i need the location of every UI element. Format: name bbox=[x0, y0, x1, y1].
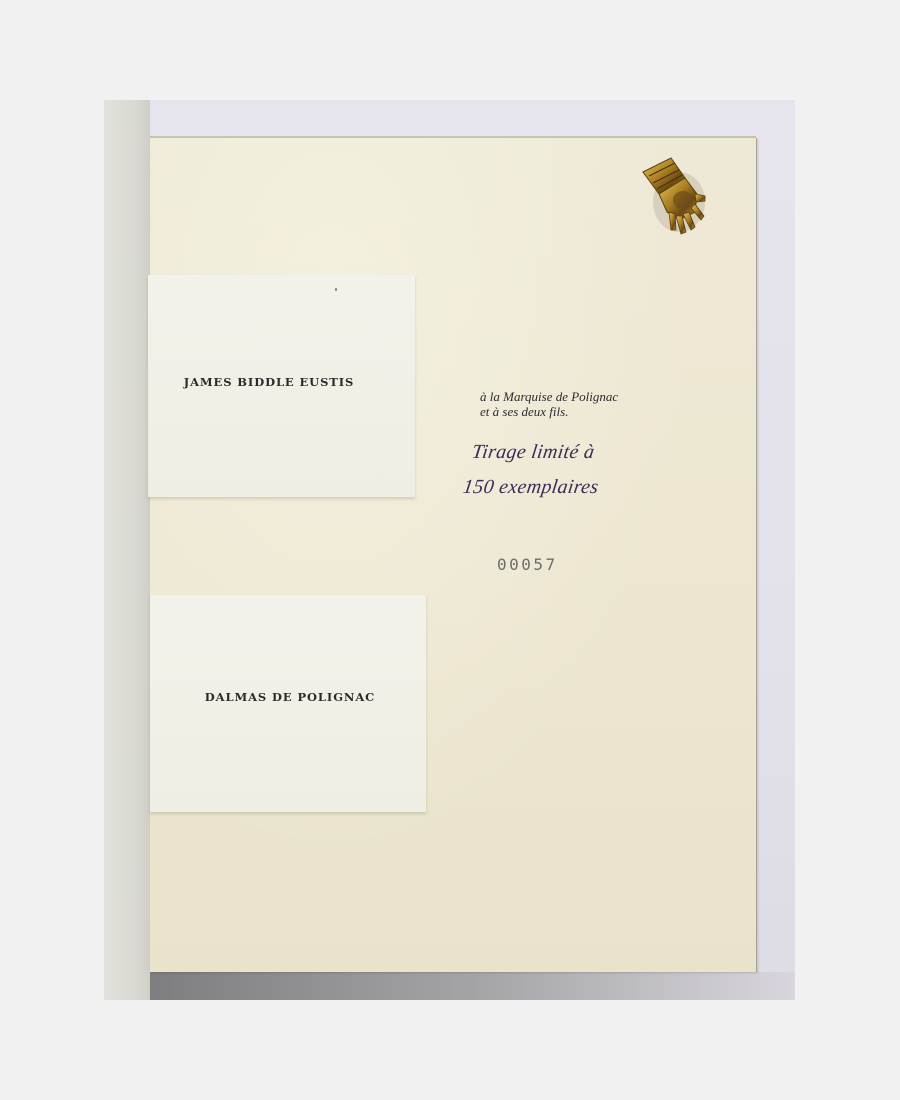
dedication-line-2: et à ses deux fils. bbox=[480, 404, 618, 419]
book-page bbox=[150, 138, 757, 972]
brass-hand-clip-icon bbox=[635, 150, 715, 240]
calling-card-eustis: JAMES BIDDLE EUSTIS bbox=[148, 275, 415, 497]
limited-edition-stamp-line-2: 150 exemplaires bbox=[461, 476, 600, 499]
dedication-line-1: à la Marquise de Polignac bbox=[480, 389, 618, 404]
card-name: DALMAS DE POLIGNAC bbox=[170, 690, 410, 704]
book-flyleaf-strip bbox=[104, 100, 150, 1000]
page-bottom-shadow bbox=[150, 972, 795, 1000]
calling-card-polignac: DALMAS DE POLIGNAC bbox=[150, 595, 426, 812]
card-name: JAMES BIDDLE EUSTIS bbox=[153, 375, 385, 389]
printed-dedication: à la Marquise de Polignac et à ses deux … bbox=[480, 389, 618, 419]
paper-speck bbox=[335, 288, 337, 291]
serial-number: 00057 bbox=[497, 555, 558, 574]
limited-edition-stamp-line-1: Tirage limité à bbox=[470, 441, 596, 464]
